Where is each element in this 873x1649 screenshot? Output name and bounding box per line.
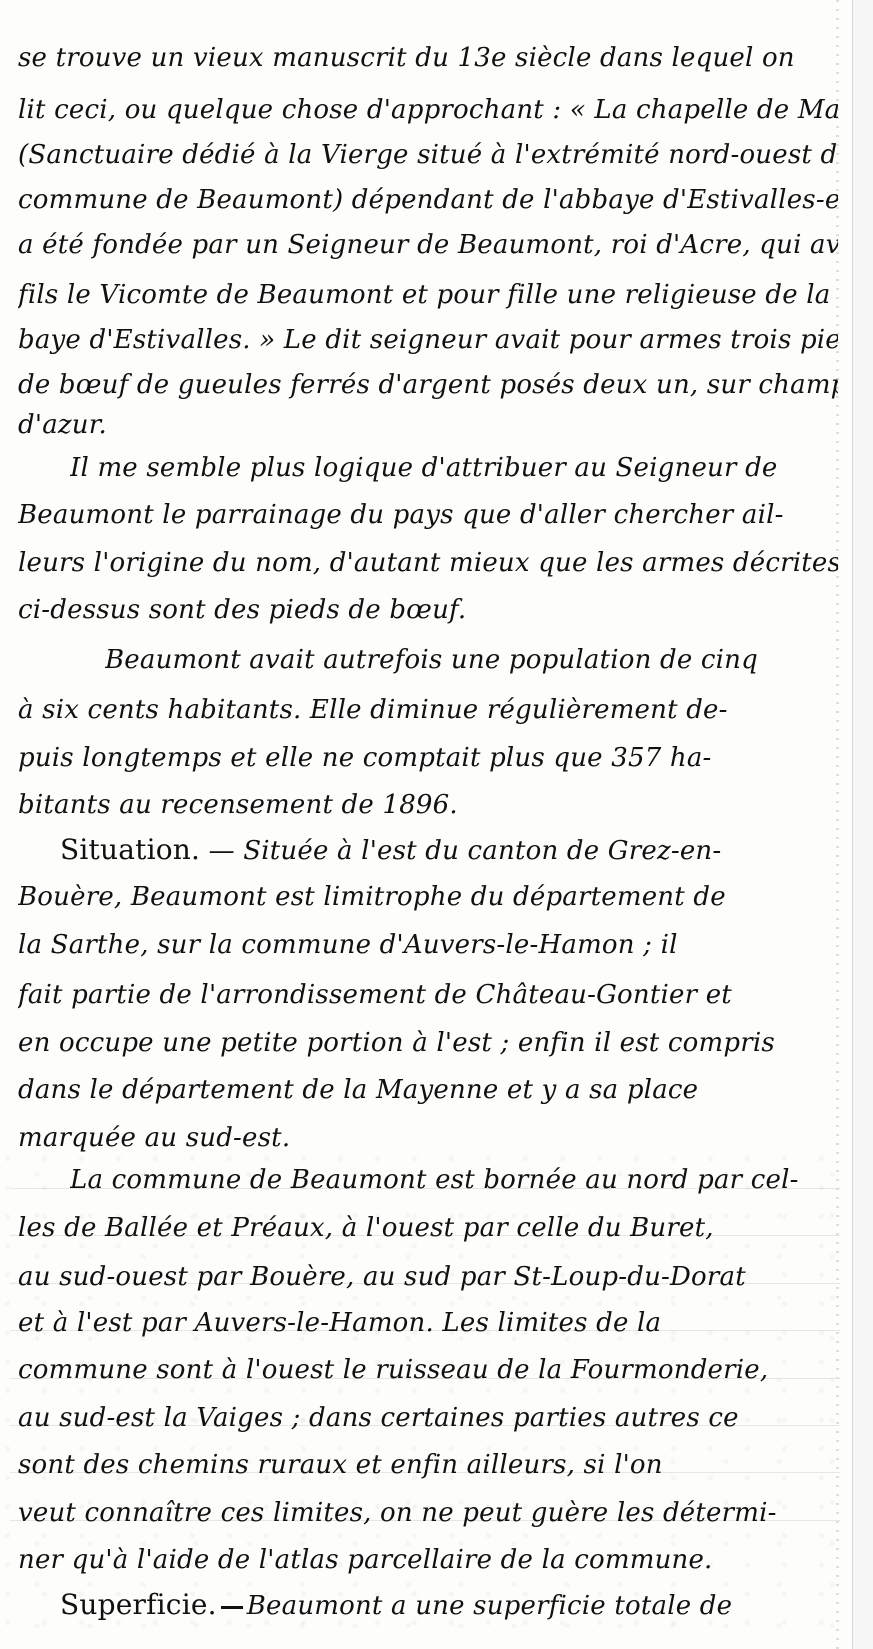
text-line: en occupe une petite portion à l'est ; e… bbox=[18, 1023, 838, 1067]
text-line: commune de Beaumont) dépendant de l'abba… bbox=[18, 180, 838, 224]
text-line: ci-dessus sont des pieds de bœuf. bbox=[18, 590, 838, 634]
situation-text: — Située à l'est du canton de Grez-en- bbox=[209, 836, 722, 866]
text-line: de bœuf de gueules ferrés d'argent posés… bbox=[18, 365, 838, 409]
text-line: leurs l'origine du nom, d'autant mieux q… bbox=[18, 543, 838, 587]
text-line: ner qu'à l'aide de l'atlas parcellaire d… bbox=[18, 1540, 838, 1584]
text-line: à six cents habitants. Elle diminue régu… bbox=[18, 690, 838, 734]
text-line: dans le département de la Mayenne et y a… bbox=[18, 1070, 838, 1114]
text-line: Beaumont le parrainage du pays que d'all… bbox=[18, 495, 838, 539]
text-line: marquée au sud-est. bbox=[18, 1118, 838, 1162]
page-edge bbox=[852, 0, 873, 1649]
heading-superficie: Superficie. bbox=[60, 1588, 217, 1621]
manuscript-page: se trouve un vieux manuscrit du 13e sièc… bbox=[0, 0, 873, 1649]
text-line: a été fondée par un Seigneur de Beaumont… bbox=[18, 225, 838, 269]
heading-situation: Situation. bbox=[60, 833, 200, 866]
text-line: bitants au recensement de 1896. bbox=[18, 785, 838, 829]
text-line: commune sont à l'ouest le ruisseau de la… bbox=[18, 1350, 838, 1394]
text-line: la Sarthe, sur la commune d'Auvers-le-Ha… bbox=[18, 925, 838, 969]
text-line: lit ceci, ou quelque chose d'approchant … bbox=[18, 90, 838, 134]
section-situation: Situation. — Située à l'est du canton de… bbox=[60, 830, 840, 874]
text-line: baye d'Estivalles. » Le dit seigneur ava… bbox=[18, 320, 838, 364]
text-line: fils le Vicomte de Beaumont et pour fill… bbox=[18, 275, 838, 319]
text-line: Beaumont avait autrefois une population … bbox=[105, 640, 840, 684]
text-line: fait partie de l'arrondissement de Châte… bbox=[18, 975, 838, 1019]
text-line: au sud-est la Vaiges ; dans certaines pa… bbox=[18, 1398, 838, 1442]
text-line: et à l'est par Auvers-le-Hamon. Les limi… bbox=[18, 1303, 838, 1347]
text-line: les de Ballée et Préaux, à l'ouest par c… bbox=[18, 1208, 838, 1252]
text-line: d'azur. bbox=[18, 405, 838, 449]
superficie-text: Beaumont a une superficie totale de bbox=[247, 1591, 732, 1621]
text-line: se trouve un vieux manuscrit du 13e sièc… bbox=[18, 38, 838, 82]
section-superficie: Superficie.Beaumont a une superficie tot… bbox=[60, 1585, 840, 1629]
text-line: veut connaître ces limites, on ne peut g… bbox=[18, 1493, 838, 1537]
text-line: puis longtemps et elle ne comptait plus … bbox=[18, 738, 838, 782]
manuscript-text: se trouve un vieux manuscrit du 13e sièc… bbox=[0, 0, 852, 1649]
text-line: Bouère, Beaumont est limitrophe du dépar… bbox=[18, 877, 838, 921]
text-line: au sud-ouest par Bouère, au sud par St-L… bbox=[18, 1257, 838, 1301]
dash-separator bbox=[221, 1606, 243, 1609]
text-line: La commune de Beaumont est bornée au nor… bbox=[70, 1160, 840, 1204]
text-line: Il me semble plus logique d'attribuer au… bbox=[70, 448, 840, 492]
text-line: (Sanctuaire dédié à la Vierge situé à l'… bbox=[18, 135, 838, 179]
text-line: sont des chemins ruraux et enfin ailleur… bbox=[18, 1445, 838, 1489]
